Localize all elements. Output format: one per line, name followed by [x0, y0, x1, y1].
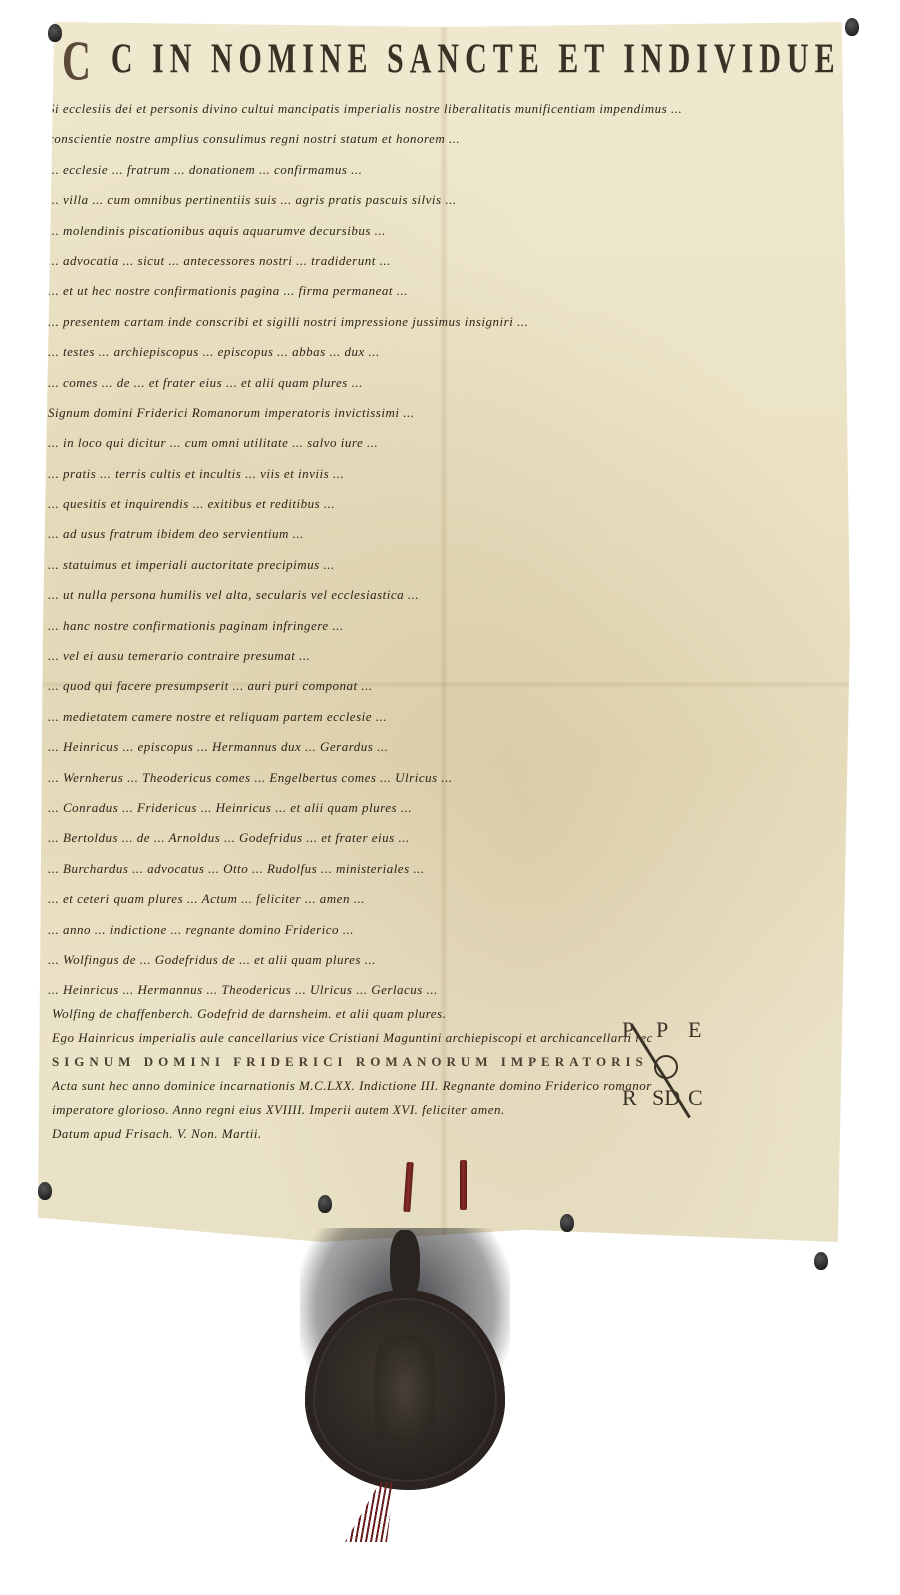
text-line: ... Conradus ... Fridericus ... Heinricu… [48, 793, 840, 823]
text-line: Signum domini Friderici Romanorum impera… [48, 398, 840, 428]
monogram-letter: E [688, 1017, 701, 1043]
text-line: ... Wolfingus de ... Godefridus de ... e… [48, 945, 840, 975]
witness-line: Wolfing de chaffenberch. Godefrid de dar… [52, 1002, 652, 1026]
text-line: ... et ceteri quam plures ... Actum ... … [48, 884, 840, 914]
text-line: ... quod qui facere presumpserit ... aur… [48, 671, 840, 701]
monogram-letter: R [622, 1085, 637, 1111]
imperial-monogram: P P E R SD C [618, 1017, 708, 1112]
dating-line-continued: imperatore glorioso. Anno regni eius XVI… [52, 1098, 652, 1122]
enthroned-emperor-figure-icon [375, 1335, 435, 1445]
monogram-letter: P [622, 1017, 634, 1043]
text-line: ... presentem cartam inde conscribi et s… [48, 307, 840, 337]
text-line: ... ut nulla persona humilis vel alta, s… [48, 580, 840, 610]
text-line: ... quesitis et inquirendis ... exitibus… [48, 489, 840, 519]
text-line: ... hanc nostre confirmationis paginam i… [48, 611, 840, 641]
text-line: ... comes ... de ... et frater eius ... … [48, 368, 840, 398]
mounting-pin-icon [38, 1182, 52, 1200]
mounting-pin-icon [845, 18, 859, 36]
text-line: ... ecclesie ... fratrum ... donationem … [48, 155, 840, 185]
text-line: ... molendinis piscationibus aquis aquar… [48, 216, 840, 246]
mounting-pin-icon [560, 1214, 574, 1232]
text-line: ... Bertoldus ... de ... Arnoldus ... Go… [48, 823, 840, 853]
elongated-script-title-line: C C IN NOMINE SANCTE ET INDIVIDUE TRINIT… [62, 26, 834, 93]
monogram-circle [654, 1055, 678, 1079]
text-line: ... pratis ... terris cultis et incultis… [48, 459, 840, 489]
seal-cord [460, 1160, 467, 1210]
text-line: ... villa ... cum omnibus pertinentiis s… [48, 185, 840, 215]
text-line: Si ecclesiis dei et personis divino cult… [48, 94, 840, 124]
chancellor-recognition-line: Ego Hainricus imperialis aule cancellari… [52, 1026, 652, 1050]
text-line: ... Wernherus ... Theodericus comes ... … [48, 763, 840, 793]
text-line: conscientie nostre amplius consulimus re… [48, 124, 840, 154]
text-line: ... in loco qui dicitur ... cum omni uti… [48, 428, 840, 458]
text-line: ... ad usus fratrum ibidem deo servienti… [48, 519, 840, 549]
text-line: ... anno ... indictione ... regnante dom… [48, 915, 840, 945]
charter-closing-block: Wolfing de chaffenberch. Godefrid de dar… [52, 1002, 652, 1146]
text-line: ... Burchardus ... advocatus ... Otto ..… [48, 854, 840, 884]
charter-parchment: C C IN NOMINE SANCTE ET INDIVIDUE TRINIT… [38, 22, 850, 1242]
mounting-pin-icon [48, 24, 62, 42]
mounting-pin-icon [318, 1195, 332, 1213]
decorated-initial: C [62, 27, 97, 93]
text-line: ... medietatem camere nostre et reliquam… [48, 702, 840, 732]
signum-line: SIGNUM DOMINI FRIDERICI ROMANORUM IMPERA… [52, 1050, 652, 1074]
monogram-letter: SD [652, 1085, 680, 1111]
charter-body-text: Si ecclesiis dei et personis divino cult… [48, 94, 840, 1006]
silk-tassel [345, 1482, 415, 1542]
dating-line: Acta sunt hec anno dominice incarnationi… [52, 1074, 652, 1098]
text-line: ... et ut hec nostre confirmationis pagi… [48, 276, 840, 306]
text-line: ... vel ei ausu temerario contraire pres… [48, 641, 840, 671]
monogram-letter: C [688, 1085, 703, 1111]
title-text: C IN NOMINE SANCTE ET INDIVIDUE TRINITAT… [111, 36, 834, 84]
text-line: ... advocatia ... sicut ... antecessores… [48, 246, 840, 276]
mounting-pin-icon [814, 1252, 828, 1270]
datum-line: Datum apud Frisach. V. Non. Martii. [52, 1122, 652, 1146]
text-line: ... Heinricus ... episcopus ... Hermannu… [48, 732, 840, 762]
text-line: ... testes ... archiepiscopus ... episco… [48, 337, 840, 367]
text-line: ... statuimus et imperiali auctoritate p… [48, 550, 840, 580]
monogram-letter: P [656, 1017, 668, 1043]
